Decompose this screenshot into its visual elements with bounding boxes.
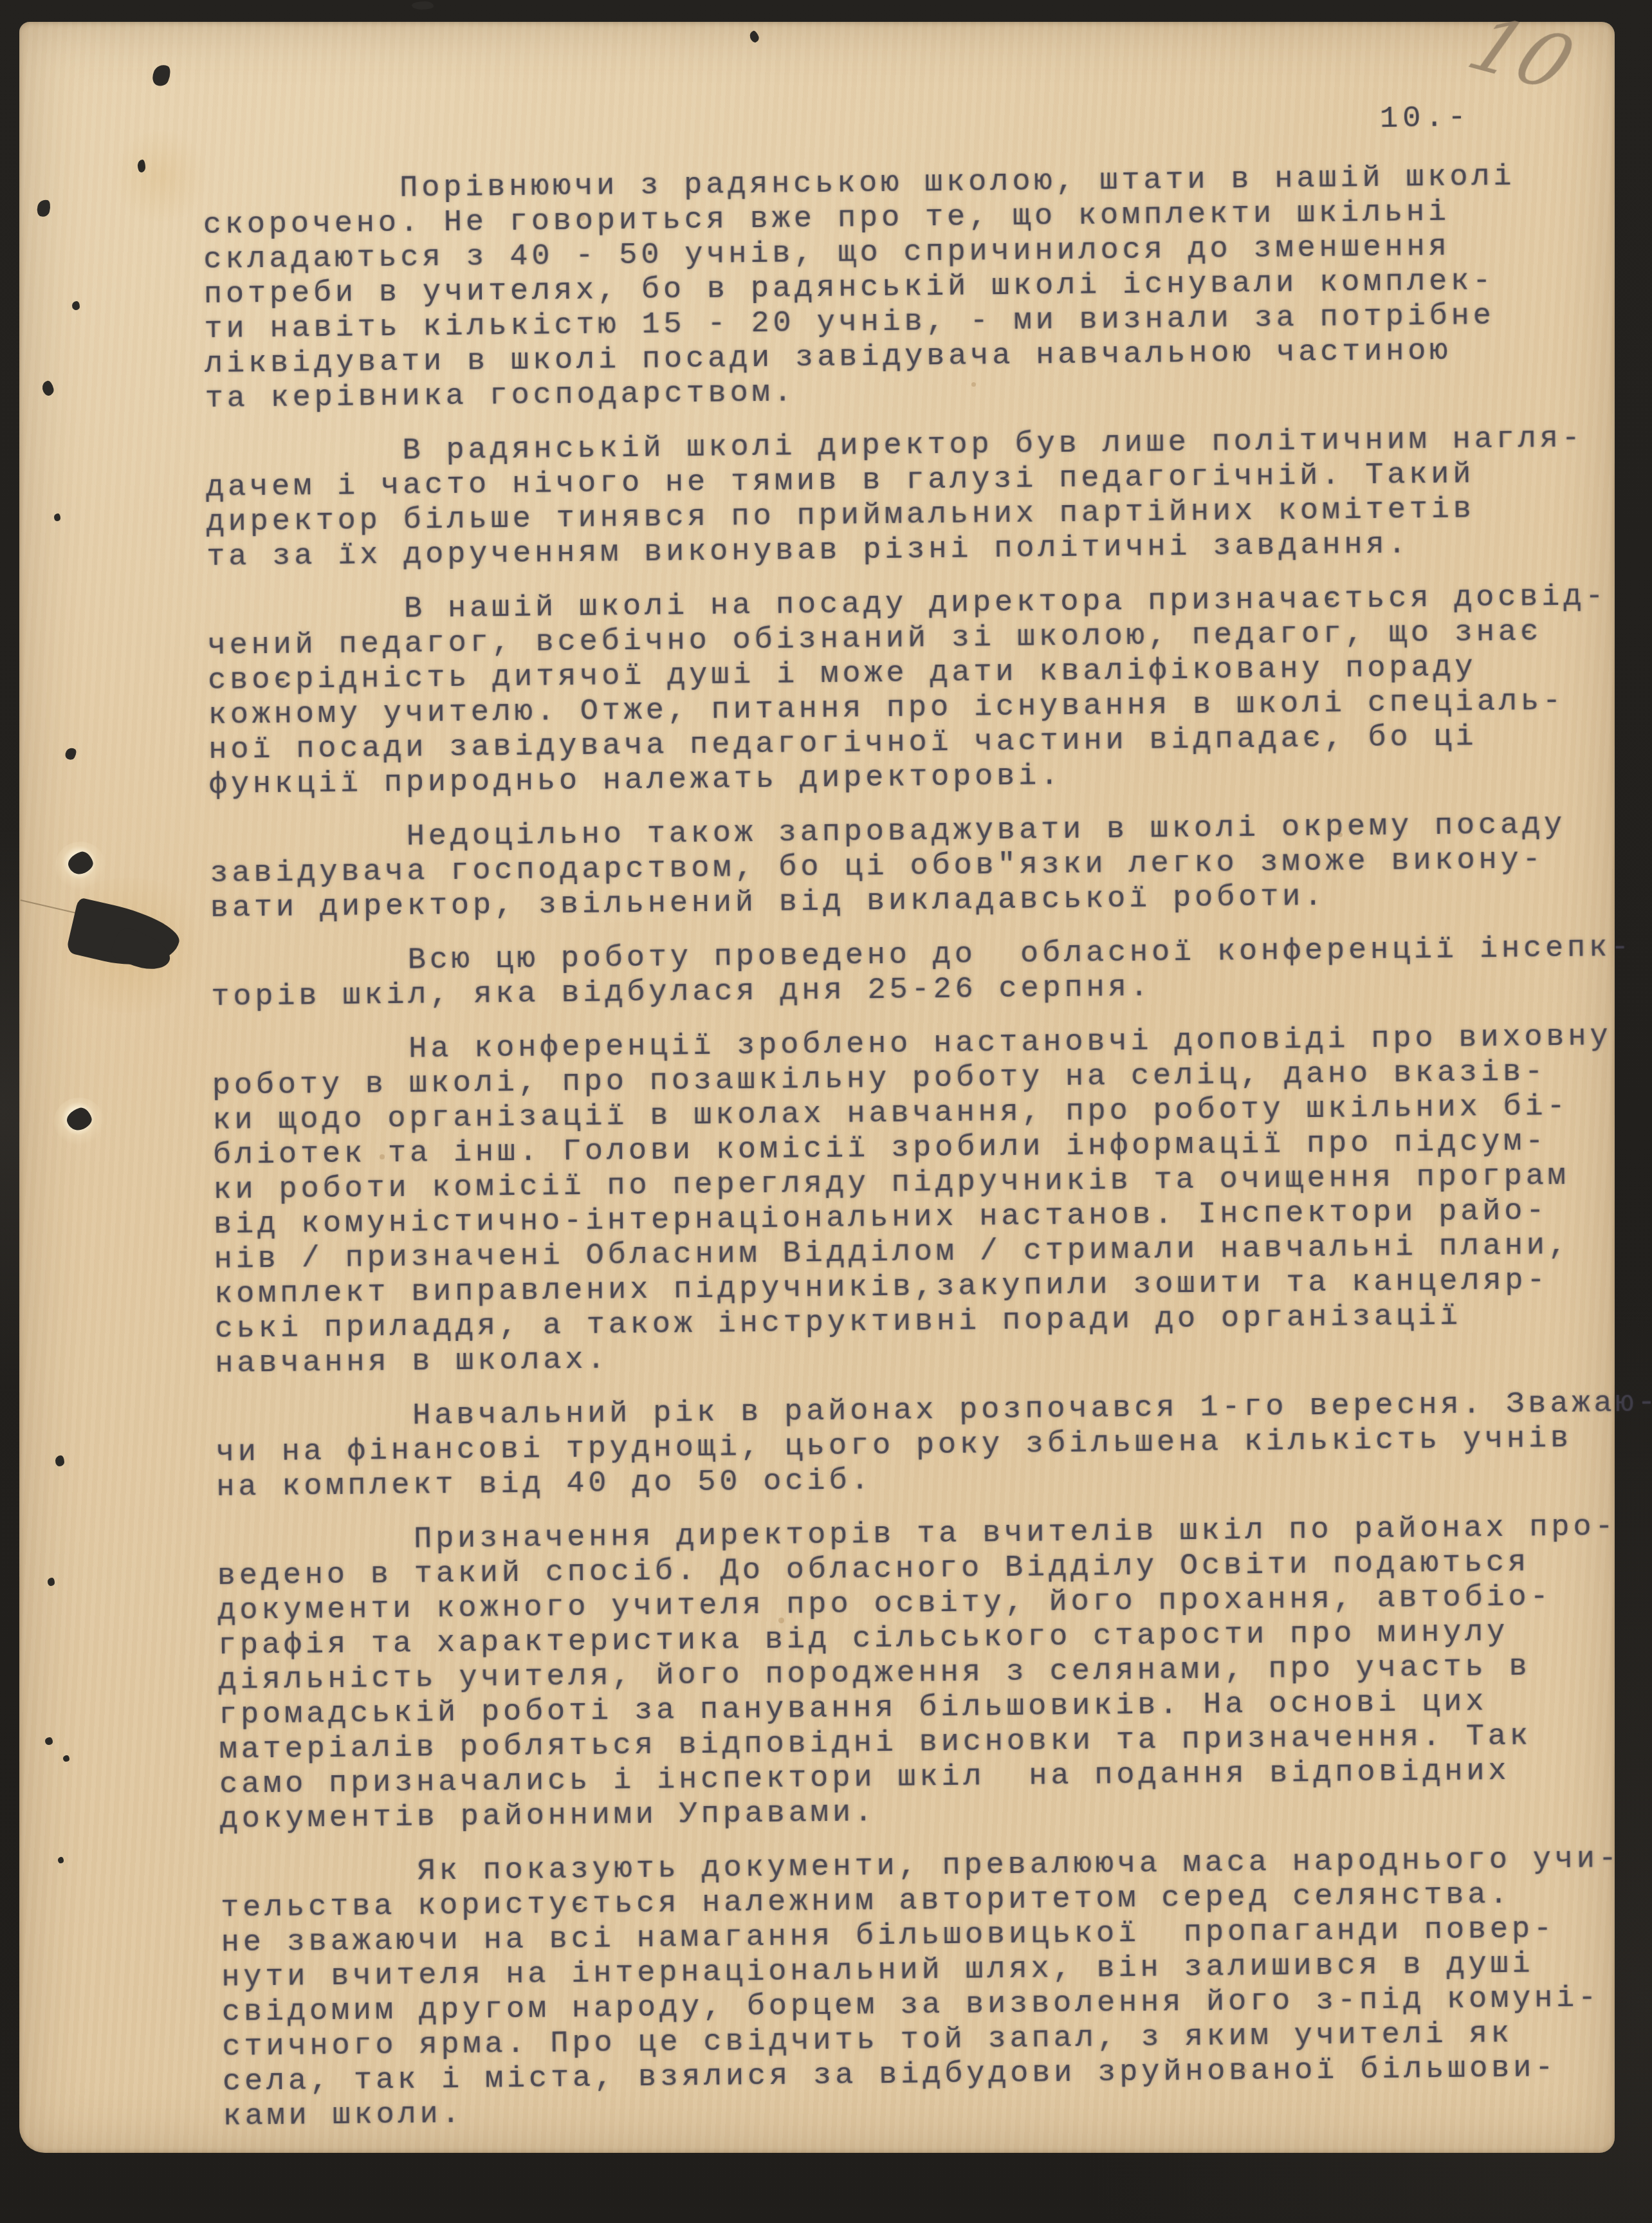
ink-speck (48, 1578, 55, 1586)
paragraph: Навчальний рік в районах розпочався 1-го… (216, 1387, 1593, 1505)
ink-speck (45, 1737, 53, 1745)
paragraph: В нашій школі на посаду директора призна… (207, 580, 1586, 803)
paragraph: Призначення директорів та вчителів шкіл … (217, 1510, 1597, 1837)
ink-speck (72, 301, 80, 310)
typed-page-number: 10.- (1380, 101, 1471, 136)
ink-speck (55, 1455, 64, 1466)
paragraph: Недоцільно також запроваджувати в школі … (210, 808, 1588, 927)
paragraph: В радянській школі директор був лише пол… (205, 422, 1583, 575)
paragraph: На конференції зроблено настановчі допов… (212, 1020, 1592, 1382)
punch-hole-mark (54, 1098, 104, 1145)
ink-speck (54, 513, 60, 521)
punch-hole-mark (55, 842, 106, 889)
typewritten-text-block: Порівнюючи з радянською школою, штати в … (203, 160, 1600, 2154)
ink-speck (63, 1755, 69, 1762)
paper-stain (109, 131, 212, 221)
ink-speck (138, 160, 145, 172)
paragraph: Як показують документи, превалююча маса … (220, 1842, 1599, 2134)
ink-speck (412, 1, 434, 10)
paragraph: Всю цю роботу проведено до обласної конф… (211, 932, 1588, 1015)
scan-background: 10 10.- Порівнюючи з радянською школою, … (0, 0, 1652, 2223)
paragraph: Порівнюючи з радянською школою, штати в … (203, 160, 1582, 417)
ink-speck (58, 1857, 64, 1863)
